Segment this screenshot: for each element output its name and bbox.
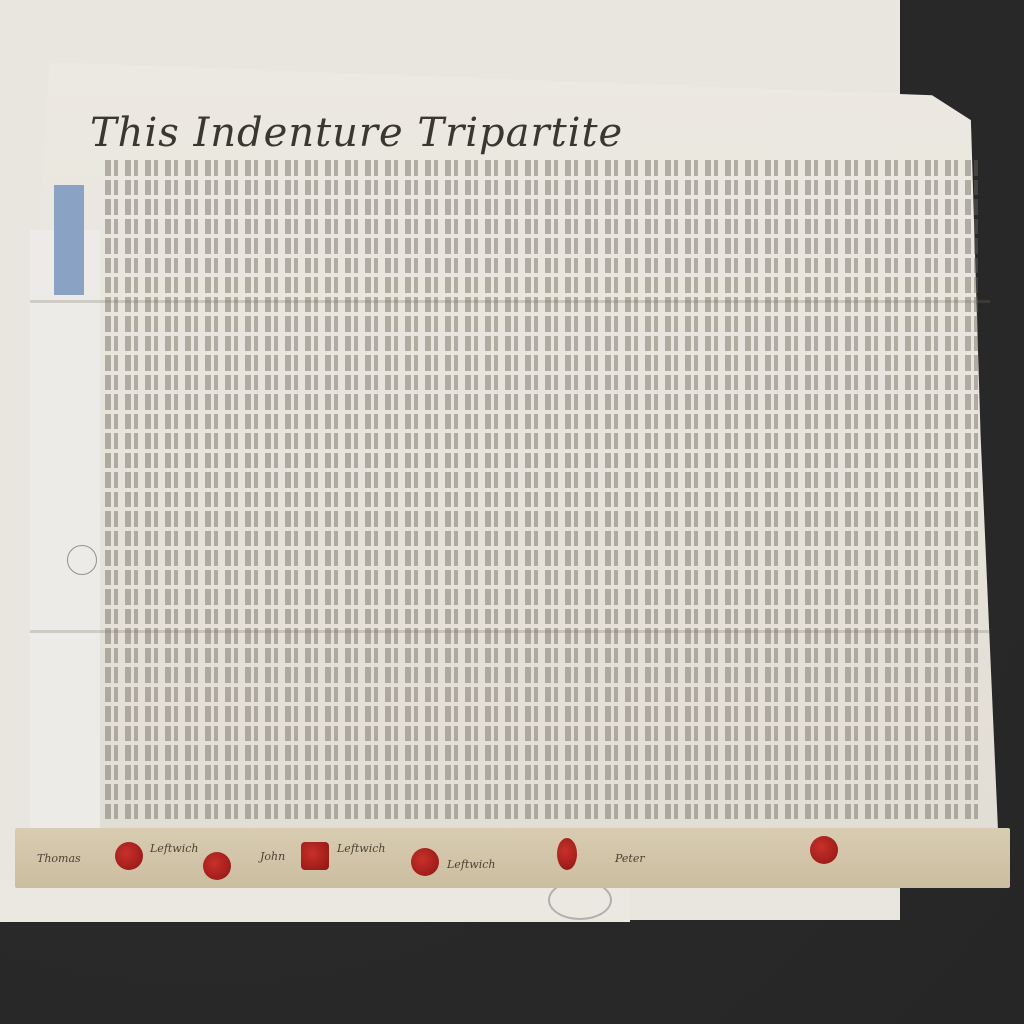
blank-margin bbox=[30, 230, 100, 830]
wax-seal bbox=[411, 848, 439, 876]
postmark-stamp bbox=[67, 545, 97, 575]
signature: Leftwich bbox=[150, 842, 199, 855]
indenture-heading: This Indenture Tripartite bbox=[90, 110, 623, 156]
wax-seal bbox=[810, 836, 838, 864]
blue-ribbon-tab bbox=[54, 185, 84, 295]
wax-seal bbox=[301, 842, 329, 870]
handwritten-text bbox=[105, 160, 985, 820]
signature: Leftwich bbox=[337, 842, 386, 855]
wax-seal bbox=[115, 842, 143, 870]
fold-crease bbox=[30, 300, 990, 303]
signature: Peter bbox=[615, 852, 645, 865]
signature: Thomas bbox=[37, 852, 81, 865]
wax-seal bbox=[203, 852, 231, 880]
seal-strip: Thomas Leftwich John Leftwich Leftwich P… bbox=[15, 828, 1010, 888]
signature: Leftwich bbox=[447, 858, 496, 871]
wax-seal bbox=[557, 838, 577, 870]
fold-crease bbox=[30, 630, 990, 633]
signature: John bbox=[260, 850, 285, 863]
